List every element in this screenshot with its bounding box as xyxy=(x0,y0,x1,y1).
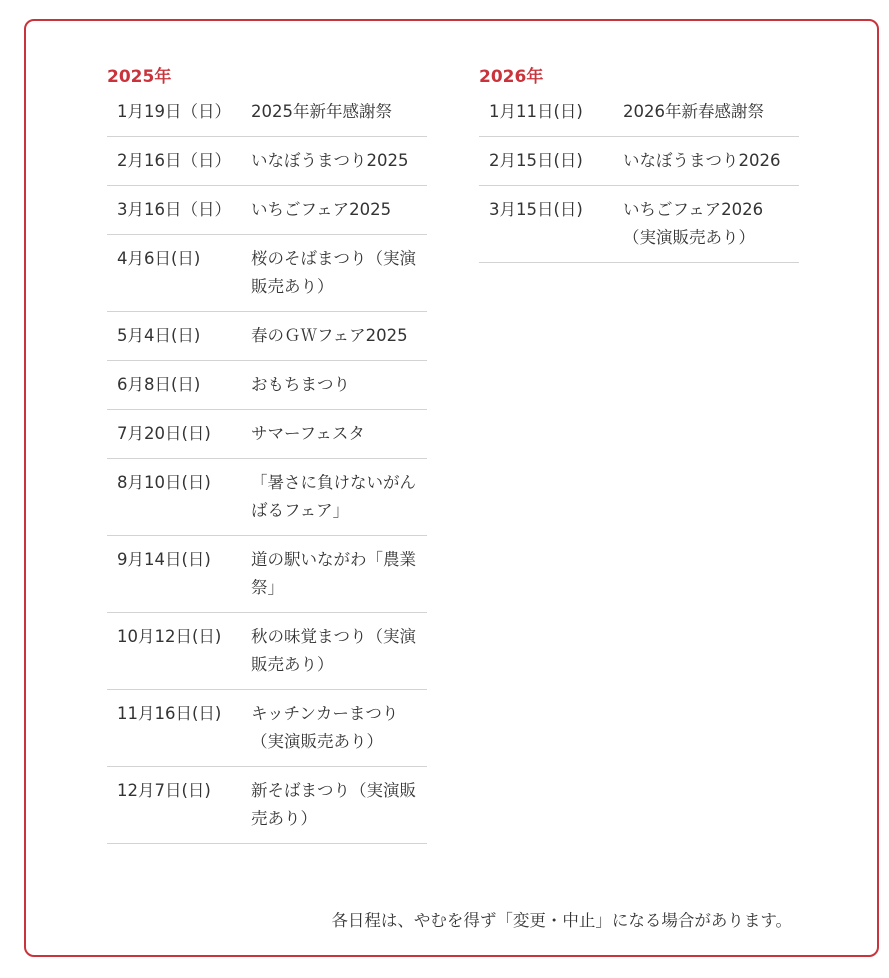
event-date: 5月4日(日) xyxy=(107,312,251,361)
table-row: 8月10日(日)「暑さに負けないがんばるフェア」 xyxy=(107,459,427,536)
table-row: 2月15日(日)いなぼうまつり2026 xyxy=(479,137,799,186)
event-name: 春のＧＷフェア2025 xyxy=(251,312,427,361)
event-date: 3月15日(日) xyxy=(479,186,623,263)
event-name: サマーフェスタ xyxy=(251,410,427,459)
table-row: 3月16日（日）いちごフェア2025 xyxy=(107,186,427,235)
event-name: 新そばまつり（実演販売あり） xyxy=(251,767,427,844)
event-name: 2026年新春感謝祭 xyxy=(623,88,799,137)
table-row: 9月14日(日)道の駅いながわ「農業祭」 xyxy=(107,536,427,613)
event-name: 2025年新年感謝祭 xyxy=(251,88,427,137)
event-date: 1月19日（日） xyxy=(107,88,251,137)
year-heading-2025: 2025年 xyxy=(107,66,427,88)
year-heading-2026: 2026年 xyxy=(479,66,799,88)
event-date: 3月16日（日） xyxy=(107,186,251,235)
table-row: 5月4日(日)春のＧＷフェア2025 xyxy=(107,312,427,361)
table-row: 2月16日（日）いなぼうまつり2025 xyxy=(107,137,427,186)
event-date: 1月11日(日) xyxy=(479,88,623,137)
event-date: 8月10日(日) xyxy=(107,459,251,536)
schedule-notice: 各日程は、やむを得ず「変更・中止」になる場合があります。 xyxy=(331,907,792,935)
event-name: いなぼうまつり2026 xyxy=(623,137,799,186)
event-table-2026: 1月11日(日)2026年新春感謝祭 2月15日(日)いなぼうまつり2026 3… xyxy=(479,88,799,263)
event-name: おもちまつり xyxy=(251,361,427,410)
event-date: 2月16日（日） xyxy=(107,137,251,186)
table-row: 10月12日(日)秋の味覚まつり（実演販売あり） xyxy=(107,613,427,690)
event-name: 秋の味覚まつり（実演販売あり） xyxy=(251,613,427,690)
event-name: 道の駅いながわ「農業祭」 xyxy=(251,536,427,613)
event-date: 6月8日(日) xyxy=(107,361,251,410)
schedule-2025: 2025年 1月19日（日）2025年新年感謝祭 2月16日（日）いなぼうまつり… xyxy=(107,66,427,844)
event-date: 2月15日(日) xyxy=(479,137,623,186)
table-row: 1月11日(日)2026年新春感謝祭 xyxy=(479,88,799,137)
event-name: いなぼうまつり2025 xyxy=(251,137,427,186)
event-date: 12月7日(日) xyxy=(107,767,251,844)
event-name: 桜のそばまつり（実演販売あり） xyxy=(251,235,427,312)
event-name: 「暑さに負けないがんばるフェア」 xyxy=(251,459,427,536)
table-row: 4月6日(日)桜のそばまつり（実演販売あり） xyxy=(107,235,427,312)
event-date: 11月16日(日) xyxy=(107,690,251,767)
table-row: 1月19日（日）2025年新年感謝祭 xyxy=(107,88,427,137)
event-name: いちごフェア2025 xyxy=(251,186,427,235)
table-row: 7月20日(日)サマーフェスタ xyxy=(107,410,427,459)
event-date: 9月14日(日) xyxy=(107,536,251,613)
event-date: 4月6日(日) xyxy=(107,235,251,312)
event-table-2025: 1月19日（日）2025年新年感謝祭 2月16日（日）いなぼうまつり2025 3… xyxy=(107,88,427,844)
event-name: キッチンカーまつり（実演販売あり） xyxy=(251,690,427,767)
event-date: 7月20日(日) xyxy=(107,410,251,459)
schedule-2026: 2026年 1月11日(日)2026年新春感謝祭 2月15日(日)いなぼうまつり… xyxy=(479,66,799,263)
event-date: 10月12日(日) xyxy=(107,613,251,690)
table-row: 11月16日(日)キッチンカーまつり（実演販売あり） xyxy=(107,690,427,767)
table-row: 12月7日(日)新そばまつり（実演販売あり） xyxy=(107,767,427,844)
table-row: 6月8日(日)おもちまつり xyxy=(107,361,427,410)
event-name: いちごフェア2026（実演販売あり） xyxy=(623,186,799,263)
table-row: 3月15日(日)いちごフェア2026（実演販売あり） xyxy=(479,186,799,263)
